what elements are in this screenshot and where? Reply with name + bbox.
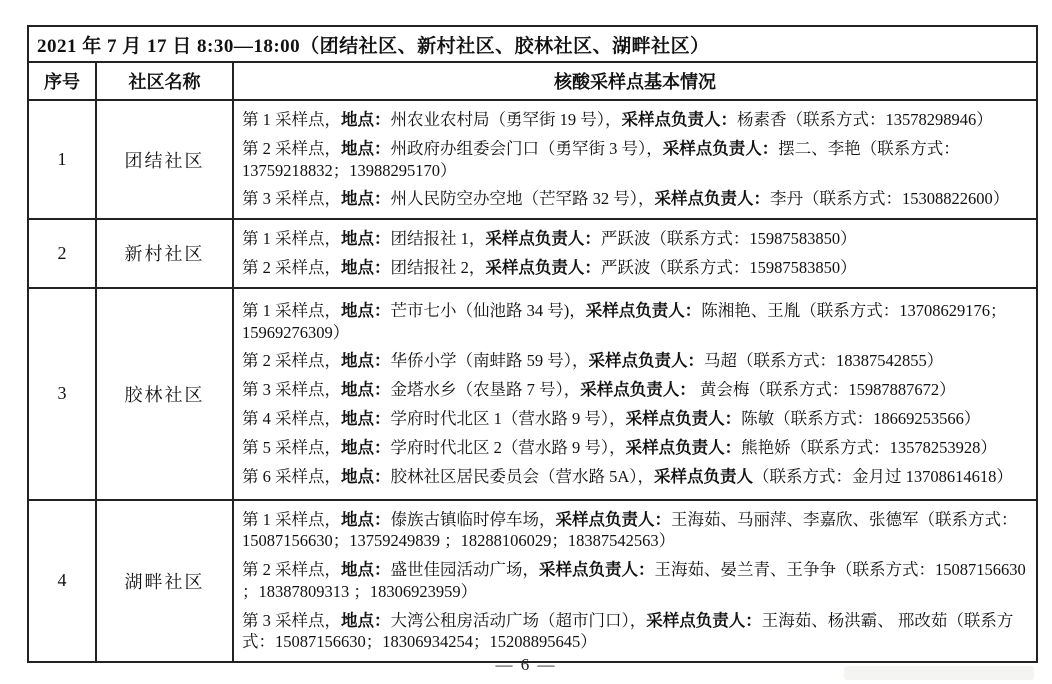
field-label: 采样点负责人： [663,139,779,158]
sampling-point-line: 第 6 采样点，地点：胶林社区居民委员会（营水路 5A），采样点负责人（联系方式… [242,466,1028,488]
community-name: 团结社区 [96,100,233,219]
field-label: 采样点负责人： [626,409,742,428]
field-value: 州人民防空办空地（芒罕路 32 号）， [391,189,655,208]
sampling-points-table: 2021 年 7 月 17 日 8:30—18:00（团结社区、新村社区、胶林社… [27,25,1038,663]
field-label: 采样点负责人： [485,229,601,248]
field-value: 杨素香（联系方式：13578298946） [737,110,993,129]
sampling-point-line: 第 2 采样点，地点：华侨小学（南蚌路 59 号），采样点负责人：马超（联系方式… [242,350,1028,372]
community-name: 湖畔社区 [96,500,233,663]
sampling-point-line: 第 3 采样点，地点：大湾公租房活动广场（超市门口），采样点负责人：王海茹、杨洪… [242,610,1028,654]
sampling-point-line: 第 1 采样点，地点：团结报社 1，采样点负责人：严跃波（联系方式：159875… [242,228,1028,250]
field-label: 地点： [341,560,391,579]
row-index: 2 [28,219,96,288]
field-value: 第 1 采样点， [242,229,341,248]
row-index: 1 [28,100,96,219]
field-value: 第 4 采样点， [242,409,341,428]
field-label: 采样点负责人： [539,560,655,579]
field-value: 第 2 采样点， [242,560,341,579]
table-body: 1团结社区第 1 采样点，地点：州农业农村局（勇罕街 19 号），采样点负责人：… [28,100,1037,662]
sampling-point-line: 第 2 采样点，地点：团结报社 2，采样点负责人：严跃波（联系方式：159875… [242,257,1028,279]
col-header-details: 核酸采样点基本情况 [233,62,1037,100]
field-value: 傣族古镇临时停车场， [391,510,556,529]
field-value: 陈敏（联系方式：18669253566） [741,409,980,428]
table-row: 4湖畔社区第 1 采样点，地点：傣族古镇临时停车场，采样点负责人：王海茹、马丽萍… [28,500,1037,663]
field-value: 芒市七小（仙池路 34 号)， [391,301,586,320]
field-value: 第 6 采样点， [242,467,341,486]
table-row: 2新村社区第 1 采样点，地点：团结报社 1，采样点负责人：严跃波（联系方式：1… [28,219,1037,288]
sampling-point-line: 第 1 采样点，地点：傣族古镇临时停车场，采样点负责人：王海茹、马丽萍、李嘉欣、… [242,509,1028,553]
field-label: 采样点负责人： [556,510,672,529]
table-title: 2021 年 7 月 17 日 8:30—18:00（团结社区、新村社区、胶林社… [28,26,1037,62]
field-label: 地点： [341,467,391,486]
field-value: 华侨小学（南蚌路 59 号）， [391,351,589,370]
field-label: 采样点负责人： [655,189,771,208]
field-value: 第 5 采样点， [242,438,341,457]
row-index: 4 [28,500,96,663]
field-value: 黄会梅（联系方式：15987887672） [696,380,956,399]
faint-watermark [844,666,1034,680]
sampling-point-line: 第 1 采样点，地点：州农业农村局（勇罕街 19 号），采样点负责人：杨素香（联… [242,109,1028,131]
field-value: 学府时代北区 1（营水路 9 号）， [391,409,626,428]
sampling-point-line: 第 5 采样点，地点：学府时代北区 2（营水路 9 号），采样点负责人：熊艳娇（… [242,437,1028,459]
field-value: 第 1 采样点， [242,301,341,320]
field-label: 地点： [341,189,391,208]
sampling-point-details: 第 1 采样点，地点：团结报社 1，采样点负责人：严跃波（联系方式：159875… [233,219,1037,288]
field-value: 胶林社区居民委员会（营水路 5A）， [391,467,655,486]
field-label: 采样点负责人： [580,380,696,399]
field-label: 采样点负责人： [485,258,601,277]
table-row: 3胶林社区第 1 采样点，地点：芒市七小（仙池路 34 号)，采样点负责人：陈湘… [28,288,1037,500]
field-value: 团结报社 2， [391,258,486,277]
sampling-point-details: 第 1 采样点，地点：州农业农村局（勇罕街 19 号），采样点负责人：杨素香（联… [233,100,1037,219]
field-label: 地点： [341,510,391,529]
field-label: 地点： [341,258,391,277]
field-value: 金塔水乡（农垦路 7 号）， [391,380,581,399]
field-value: 团结报社 1， [391,229,486,248]
sampling-point-line: 第 4 采样点，地点：学府时代北区 1（营水路 9 号），采样点负责人：陈敏（联… [242,408,1028,430]
col-header-community: 社区名称 [96,62,233,100]
field-value: 第 3 采样点， [242,611,341,630]
field-value: 州政府办组委会门口（勇罕街 3 号）， [391,139,663,158]
field-value: 李丹（联系方式：15308822600） [770,189,1009,208]
field-label: 地点： [341,110,391,129]
field-value: 第 2 采样点， [242,351,341,370]
document-page: 2021 年 7 月 17 日 8:30—18:00（团结社区、新村社区、胶林社… [0,0,1052,684]
field-value: 严跃波（联系方式：15987583850） [601,258,857,277]
field-label: 地点： [341,438,391,457]
row-index: 3 [28,288,96,500]
field-label: 采样点负责人 [654,467,753,486]
field-label: 地点： [341,409,391,428]
sampling-point-line: 第 3 采样点，地点：金塔水乡（农垦路 7 号），采样点负责人： 黄会梅（联系方… [242,379,1028,401]
table-row: 1团结社区第 1 采样点，地点：州农业农村局（勇罕街 19 号），采样点负责人：… [28,100,1037,219]
field-label: 地点： [341,301,391,320]
field-value: 严跃波（联系方式：15987583850） [601,229,857,248]
field-value: 学府时代北区 2（营水路 9 号）， [391,438,626,457]
table-header-row: 序号 社区名称 核酸采样点基本情况 [28,62,1037,100]
sampling-point-details: 第 1 采样点，地点：傣族古镇临时停车场，采样点负责人：王海茹、马丽萍、李嘉欣、… [233,500,1037,663]
sampling-point-line: 第 2 采样点，地点：州政府办组委会门口（勇罕街 3 号），采样点负责人：摆二、… [242,138,1028,182]
field-label: 地点： [341,351,391,370]
field-label: 采样点负责人： [589,351,705,370]
sampling-point-details: 第 1 采样点，地点：芒市七小（仙池路 34 号)，采样点负责人：陈湘艳、王胤（… [233,288,1037,500]
field-label: 采样点负责人： [586,301,702,320]
field-value: 第 3 采样点， [242,189,341,208]
field-label: 采样点负责人： [646,611,762,630]
field-value: 第 1 采样点， [242,110,341,129]
field-label: 地点： [341,229,391,248]
field-value: 第 1 采样点， [242,510,341,529]
field-label: 地点： [341,139,391,158]
field-value: 盛世佳园活动广场， [391,560,540,579]
field-label: 采样点负责人： [622,110,738,129]
sampling-point-line: 第 1 采样点，地点：芒市七小（仙池路 34 号)，采样点负责人：陈湘艳、王胤（… [242,300,1028,344]
field-value: 第 2 采样点， [242,258,341,277]
field-label: 采样点负责人： [626,438,742,457]
field-value: 大湾公租房活动广场（超市门口）， [391,611,647,630]
table-title-row: 2021 年 7 月 17 日 8:30—18:00（团结社区、新村社区、胶林社… [28,26,1037,62]
field-label: 地点： [341,611,391,630]
field-value: 第 3 采样点， [242,380,341,399]
sampling-point-line: 第 2 采样点，地点：盛世佳园活动广场，采样点负责人：王海茹、晏兰青、王争争（联… [242,559,1028,603]
community-name: 新村社区 [96,219,233,288]
field-value: 马超（联系方式：18387542855） [704,351,943,370]
community-name: 胶林社区 [96,288,233,500]
field-value: （联系方式：金月过 13708614618） [753,467,1013,486]
field-value: 第 2 采样点， [242,139,341,158]
col-header-index: 序号 [28,62,96,100]
field-value: 熊艳娇（联系方式：13578253928） [741,438,997,457]
field-value: 州农业农村局（勇罕街 19 号）， [391,110,622,129]
field-label: 地点： [341,380,391,399]
sampling-point-line: 第 3 采样点，地点：州人民防空办空地（芒罕路 32 号），采样点负责人：李丹（… [242,188,1028,210]
